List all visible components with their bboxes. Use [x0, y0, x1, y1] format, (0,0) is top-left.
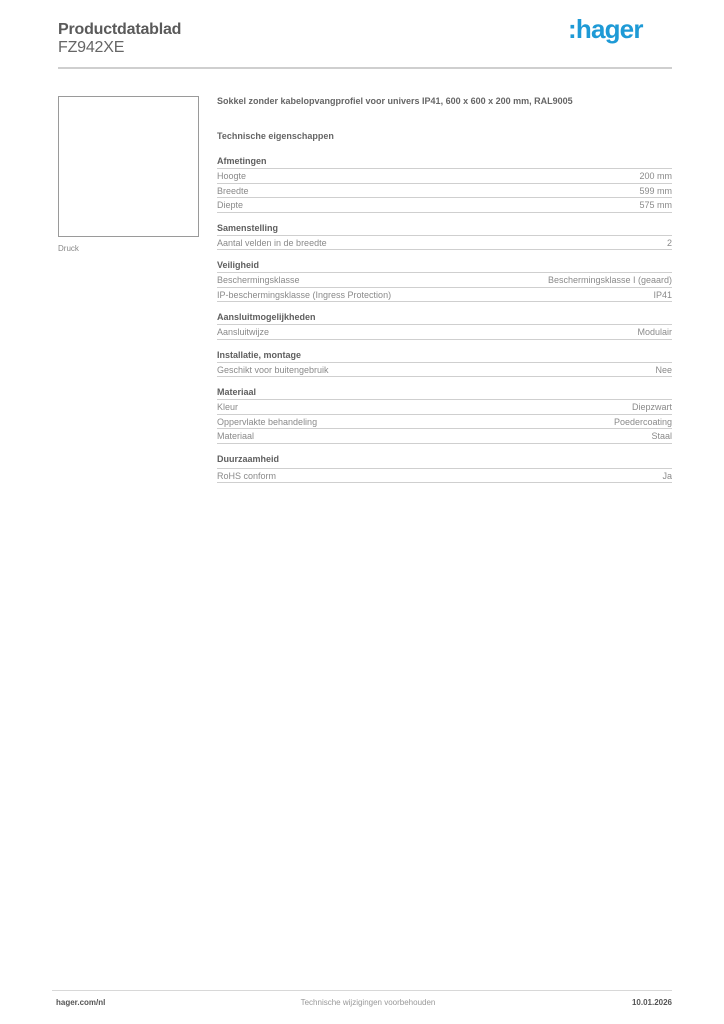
spec-value: 599 mm [639, 184, 672, 198]
spec-section: AansluitmogelijkhedenAansluitwijzeModula… [217, 311, 672, 340]
spec-value: IP41 [653, 288, 672, 302]
spec-label: Materiaal [217, 429, 254, 443]
product-description: Sokkel zonder kabelopvangprofiel voor un… [217, 96, 573, 106]
footer-notice-text: Technische wijzigingen voorbehouden [301, 998, 436, 1007]
spec-row: KleurDiepzwart [217, 400, 672, 415]
section-title: Samenstelling [217, 222, 672, 236]
spec-row: Geschikt voor buitengebruikNee [217, 363, 672, 378]
section-title: Aansluitmogelijkheden [217, 311, 672, 325]
spec-label: Geschikt voor buitengebruik [217, 363, 329, 377]
spec-label: Beschermingsklasse [217, 273, 300, 287]
spec-row: Diepte575 mm [217, 198, 672, 213]
spec-value: Staal [651, 429, 672, 443]
spec-section: Installatie, montageGeschikt voor buiten… [217, 349, 672, 378]
section-title: Veiligheid [217, 259, 672, 273]
spec-row: Aantal velden in de breedte2 [217, 236, 672, 251]
spec-row: RoHS conformJa [217, 469, 672, 484]
image-caption: Druck [58, 244, 79, 253]
header-divider [58, 67, 672, 69]
spec-value: 2 [667, 236, 672, 250]
spec-row: IP-beschermingsklasse (Ingress Protectio… [217, 288, 672, 303]
spec-label: RoHS conform [217, 469, 276, 483]
spec-row: Hoogte200 mm [217, 169, 672, 184]
spec-value: Modulair [637, 325, 672, 339]
hager-logo: :hager [568, 14, 643, 45]
section-title: Afmetingen [217, 155, 672, 169]
spec-row: MateriaalStaal [217, 429, 672, 444]
technical-properties-title: Technische eigenschappen [217, 131, 334, 141]
spec-section: SamenstellingAantal velden in de breedte… [217, 222, 672, 251]
spec-row: BeschermingsklasseBeschermingsklasse I (… [217, 273, 672, 288]
spec-value: Nee [655, 363, 672, 377]
section-title: Duurzaamheid [217, 453, 672, 469]
footer-divider [52, 990, 672, 991]
footer-date: 10.01.2026 [632, 998, 672, 1007]
spec-value: Ja [662, 469, 672, 483]
spec-table: AfmetingenHoogte200 mmBreedte599 mmDiept… [217, 155, 672, 492]
spec-label: Breedte [217, 184, 249, 198]
spec-section: VeiligheidBeschermingsklasseBeschermings… [217, 259, 672, 302]
product-code: FZ942XE [58, 39, 124, 57]
spec-section: MateriaalKleurDiepzwartOppervlakte behan… [217, 386, 672, 444]
spec-label: Kleur [217, 400, 238, 414]
spec-label: Diepte [217, 198, 243, 212]
footer-notice: Technische wijzigingen voorbehouden [0, 998, 724, 1007]
spec-value: Poedercoating [614, 415, 672, 429]
spec-value: 200 mm [639, 169, 672, 183]
section-title: Installatie, montage [217, 349, 672, 363]
spec-value: Beschermingsklasse I (geaard) [548, 273, 672, 287]
document-title: Productdatablad [58, 21, 181, 39]
spec-row: Breedte599 mm [217, 184, 672, 199]
spec-label: Oppervlakte behandeling [217, 415, 317, 429]
spec-row: Oppervlakte behandelingPoedercoating [217, 415, 672, 430]
spec-value: 575 mm [639, 198, 672, 212]
spec-label: Aantal velden in de breedte [217, 236, 327, 250]
spec-section: DuurzaamheidRoHS conformJa [217, 453, 672, 484]
spec-row: AansluitwijzeModulair [217, 325, 672, 340]
spec-label: Aansluitwijze [217, 325, 269, 339]
spec-label: IP-beschermingsklasse (Ingress Protectio… [217, 288, 391, 302]
spec-section: AfmetingenHoogte200 mmBreedte599 mmDiept… [217, 155, 672, 213]
product-image-placeholder [58, 96, 199, 237]
spec-value: Diepzwart [632, 400, 672, 414]
section-title: Materiaal [217, 386, 672, 400]
spec-label: Hoogte [217, 169, 246, 183]
